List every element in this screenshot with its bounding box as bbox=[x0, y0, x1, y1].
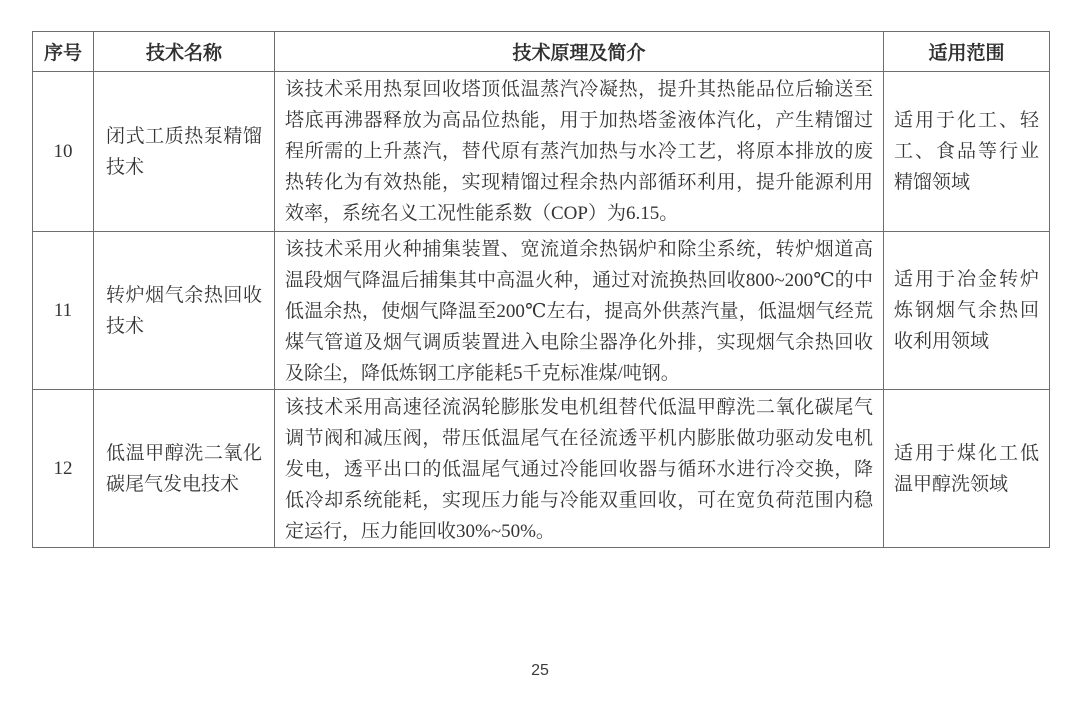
header-applicable-scope: 适用范围 bbox=[884, 32, 1050, 72]
tech-name: 闭式工质热泵精馏技术 bbox=[94, 72, 275, 232]
header-technology-name: 技术名称 bbox=[94, 32, 275, 72]
tech-name: 低温甲醇洗二氧化碳尾气发电技术 bbox=[94, 390, 275, 548]
table-header-row: 序号 技术名称 技术原理及简介 适用范围 bbox=[33, 32, 1050, 72]
tech-description: 该技术采用热泵回收塔顶低温蒸汽冷凝热，提升其热能品位后输送至塔底再沸器释放为高品… bbox=[275, 72, 884, 232]
tech-scope: 适用于煤化工低温甲醇洗领域 bbox=[884, 390, 1050, 548]
table-row: 12 低温甲醇洗二氧化碳尾气发电技术 该技术采用高速径流涡轮膨胀发电机组替代低温… bbox=[33, 390, 1050, 548]
row-number: 10 bbox=[33, 72, 94, 232]
header-serial-number: 序号 bbox=[33, 32, 94, 72]
tech-scope: 适用于化工、轻工、食品等行业精馏领域 bbox=[884, 72, 1050, 232]
row-number: 11 bbox=[33, 232, 94, 390]
tech-name: 转炉烟气余热回收技术 bbox=[94, 232, 275, 390]
header-principle-intro: 技术原理及简介 bbox=[275, 32, 884, 72]
table-row: 10 闭式工质热泵精馏技术 该技术采用热泵回收塔顶低温蒸汽冷凝热，提升其热能品位… bbox=[33, 72, 1050, 232]
technology-table: 序号 技术名称 技术原理及简介 适用范围 10 闭式工质热泵精馏技术 该技术采用… bbox=[32, 31, 1050, 548]
tech-description: 该技术采用火种捕集装置、宽流道余热锅炉和除尘系统，转炉烟道高温段烟气降温后捕集其… bbox=[275, 232, 884, 390]
row-number: 12 bbox=[33, 390, 94, 548]
tech-scope: 适用于冶金转炉炼钢烟气余热回收利用领域 bbox=[884, 232, 1050, 390]
tech-description: 该技术采用高速径流涡轮膨胀发电机组替代低温甲醇洗二氧化碳尾气调节阀和减压阀，带压… bbox=[275, 390, 884, 548]
page-number: 25 bbox=[0, 662, 1080, 680]
table-row: 11 转炉烟气余热回收技术 该技术采用火种捕集装置、宽流道余热锅炉和除尘系统，转… bbox=[33, 232, 1050, 390]
